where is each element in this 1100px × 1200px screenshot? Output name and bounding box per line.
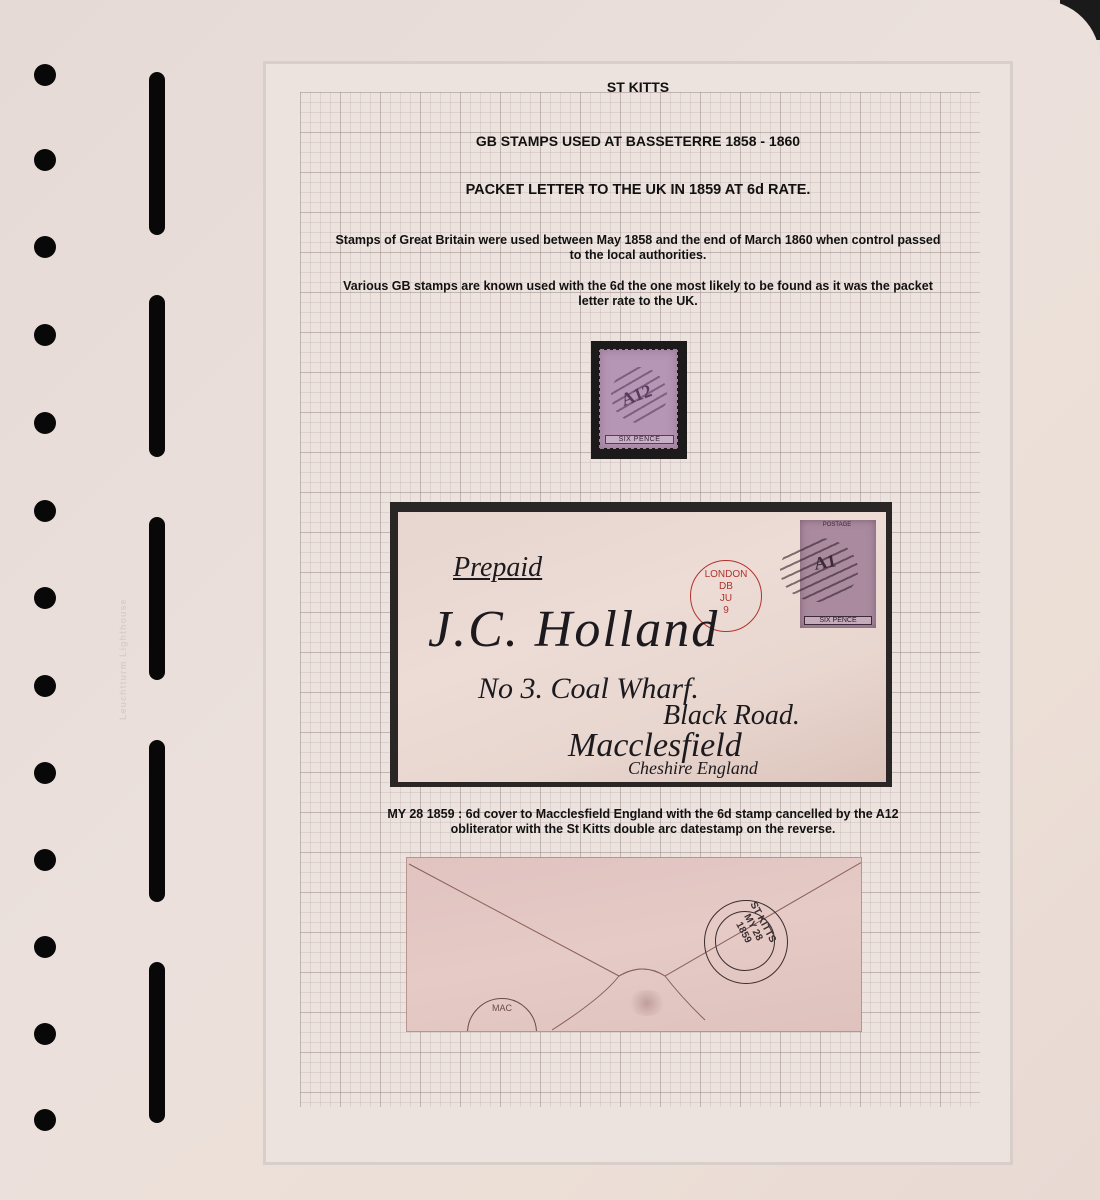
page-title: ST KITTS [263,79,1013,95]
mark-line: LONDON [691,569,761,581]
binder-hole-round [34,324,56,346]
binder-hole-slot [149,962,165,1123]
binder-hole-round [34,1023,56,1045]
prepaid-endorsement: Prepaid [453,552,542,584]
six-pence-stamp: A12 SIX PENCE [599,349,678,449]
page-heading: PACKET LETTER TO THE UK IN 1859 AT 6d RA… [263,182,1013,198]
obliterator-number: A1 [812,550,837,575]
page-subtitle: GB STAMPS USED AT BASSETERRE 1858 - 1860 [263,133,1013,149]
page-watermark: Leuchtturm Lighthouse [118,520,138,720]
binder-hole-round [34,500,56,522]
binder-hole-round [34,936,56,958]
binder-hole-slot [149,72,165,235]
binder-hole-round [34,1109,56,1131]
description-paragraph-1: Stamps of Great Britain were used betwee… [333,233,943,263]
address-line-4: Cheshire England [628,758,758,779]
binder-hole-round [34,675,56,697]
stamp-denomination: SIX PENCE [804,616,872,625]
binder-hole-slot [149,295,165,457]
binder-hole-round [34,849,56,871]
binder-hole-slot [149,740,165,902]
cover-front-mount: Prepaid LONDON DB JU 9 J.C. Holland No 3… [390,502,892,787]
cover-caption: MY 28 1859 : 6d cover to Macclesfield En… [383,807,903,837]
st-kitts-datestamp: ST KITTS MY 28 1859 [704,900,788,984]
cover-front: Prepaid LONDON DB JU 9 J.C. Holland No 3… [398,512,886,782]
arrival-mark-text: MAC [492,1003,512,1013]
mark-line: DB [691,581,761,593]
binder-hole-slot [149,517,165,680]
cover-six-pence-stamp: POSTAGE A1 SIX PENCE [800,520,876,628]
binder-hole-round [34,236,56,258]
binder-hole-round [34,412,56,434]
stamp-mount: A12 SIX PENCE [591,341,687,459]
stamp-top-text: POSTAGE [804,522,870,528]
wax-seal-impression [627,990,667,1016]
addressee-name: J.C. Holland [428,600,719,659]
description-paragraph-2: Various GB stamps are known used with th… [333,279,943,309]
binder-hole-round [34,587,56,609]
stamp-denomination: SIX PENCE [605,435,674,444]
binder-hole-round [34,762,56,784]
cover-back: ST KITTS MY 28 1859 MAC [406,857,862,1032]
binder-hole-round [34,64,56,86]
binder-hole-round [34,149,56,171]
